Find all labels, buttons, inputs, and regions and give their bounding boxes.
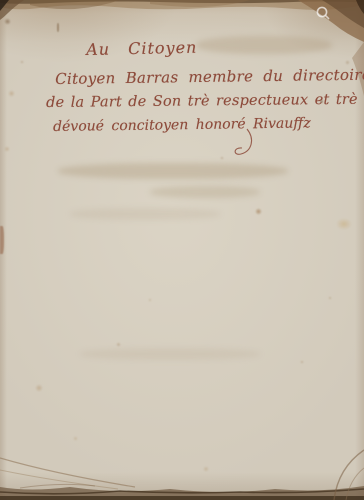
handwriting-line: Au Citoyen [86,38,198,59]
magnifier-icon [314,4,332,22]
handwriting-line: de la Part de Son trè respectueux et trè [46,92,358,111]
handwriting-block: Au Citoyen Citoyen Barras membre du dire… [0,0,364,500]
zoom-icon[interactable] [314,4,332,22]
manuscript-photo[interactable]: Au Citoyen Citoyen Barras membre du dire… [0,0,364,500]
handwriting-line: Citoyen Barras membre du directoire [55,66,364,88]
handwriting-line: dévoué concitoyen honoré Rivauffz [53,115,311,135]
